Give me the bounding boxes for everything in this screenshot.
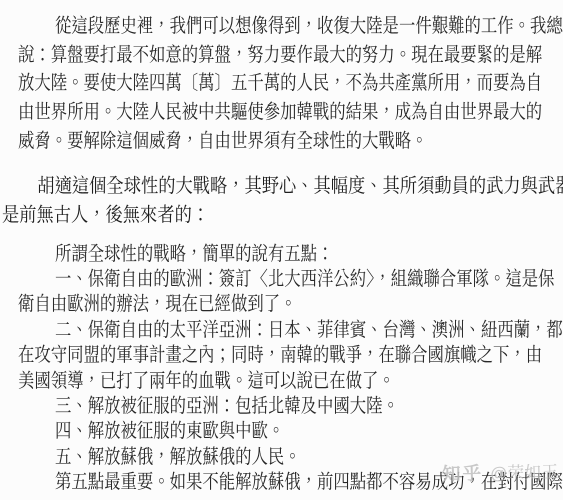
text-line: 四、解放被征服的東歐與中歐。 xyxy=(18,419,462,444)
list-item-2: 二、保衛自由的太平洋亞洲：日本、菲律賓、台灣、澳洲、紐西蘭，都 在攻守同盟的軍事… xyxy=(18,318,547,394)
watermark-handle: @荣如玉 xyxy=(490,462,559,483)
list-item-1: 一、保衛自由的歐洲：簽訂〈北大西洋公約〉，組織聯合軍隊。這是保 衛自由歐洲的辦法… xyxy=(18,267,547,318)
text-line: 威脅。要解除這個威脅，自由世界須有全球性的大戰略。 xyxy=(18,128,461,157)
text-line: 一、保衛自由的歐洲：簽訂〈北大西洋公約〉，組織聯合軍隊。這是保 xyxy=(18,267,462,292)
text-line: 由世界所用。大陸人民被中共驅使參加韓戰的結果，成為自由世界最大的 xyxy=(18,99,461,128)
text-line: 五、解放蘇俄，解放蘇俄的人民。 xyxy=(18,445,462,470)
text-line: 在攻守同盟的軍事計畫之內；同時，南韓的戰爭，在聯合國旗幟之下，由 xyxy=(18,343,462,368)
strategy-list: 所謂全球性的戰略，簡單的說有五點： 一、保衛自由的歐洲：簽訂〈北大西洋公約〉，組… xyxy=(18,242,547,496)
list-item-3: 三、解放被征服的亞洲：包括北韓及中國大陸。 xyxy=(18,394,547,419)
text-line: 放大陸。要使大陸四萬〔萬〕五千萬的人民，不為共產黨所用，而要為自 xyxy=(18,70,461,99)
text-line: 衛自由歐洲的辦法，現在已經做到了。 xyxy=(18,292,462,317)
list-item-4: 四、解放被征服的東歐與中歐。 xyxy=(18,419,547,444)
text-line: 二、保衛自由的太平洋亞洲：日本、菲律賓、台灣、澳洲、紐西蘭，都 xyxy=(18,318,462,343)
text-line: 從這段歷史裡，我們可以想像得到，收復大陸是一件艱難的工作。我總 xyxy=(18,13,461,42)
text-line: 美國領導，已打了兩年的血戰。這可以說已在做了。 xyxy=(18,369,462,394)
zhihu-logo: 知乎 xyxy=(441,462,483,484)
strategy-closing: 第五點最重要。如果不能解放蘇俄，前四點都不容易成功，在對付國際 xyxy=(18,470,462,495)
quoted-paragraph-history: 從這段歷史裡，我們可以想像得到，收復大陸是一件艱難的工作。我總 說：算盤要打最不… xyxy=(18,13,545,157)
text-line: 說：算盤要打最不如意的算盤，努力要作最大的努力。現在最要緊的是解 xyxy=(18,42,461,71)
commentary-paragraph: 胡適這個全球性的大戰略，其野心、其幅度、其所須動員的武力與武器， 是前無古人，後… xyxy=(2,171,561,229)
zhihu-watermark: 知乎@荣如玉 xyxy=(441,457,558,486)
text-line: 是前無古人，後無來者的： xyxy=(2,200,497,229)
text-line: 胡適這個全球性的大戰略，其野心、其幅度、其所須動員的武力與武器， xyxy=(2,171,497,200)
text-line: 三、解放被征服的亞洲：包括北韓及中國大陸。 xyxy=(18,394,462,419)
document-page: 從這段歷史裡，我們可以想像得到，收復大陸是一件艱難的工作。我總 說：算盤要打最不… xyxy=(0,0,563,500)
strategy-intro: 所謂全球性的戰略，簡單的說有五點： xyxy=(18,242,462,267)
